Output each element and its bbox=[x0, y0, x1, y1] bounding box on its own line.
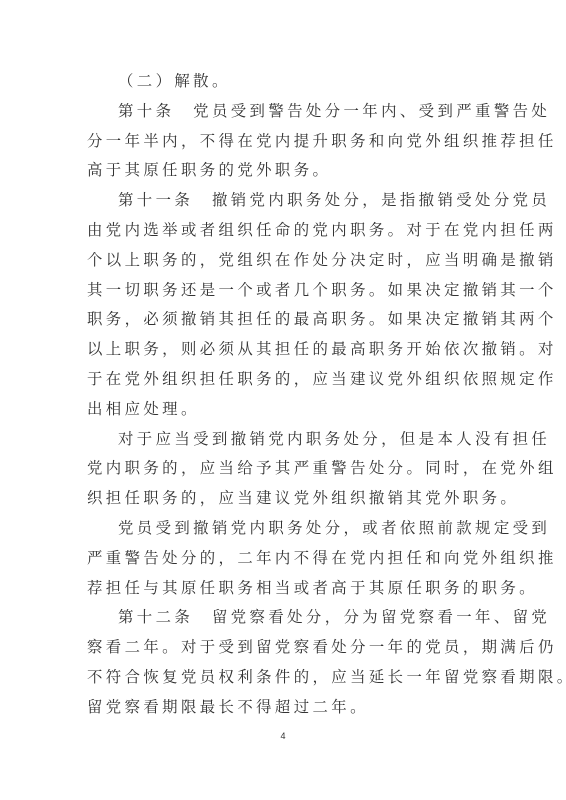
text-line: 以上职务，则必须从其担任的最高职务开始依次撤销。对 bbox=[87, 335, 487, 365]
text-line: 由党内选举或者组织任命的党内职务。对于在党内担任两 bbox=[87, 216, 487, 246]
text-line: 察看二年。对于受到留党察看处分一年的党员，期满后仍 bbox=[87, 633, 487, 663]
text-line: 织担任职务的，应当建议党外组织撤销其党外职务。 bbox=[87, 484, 487, 514]
text-line: 党内职务的，应当给予其严重警告处分。同时，在党外组 bbox=[87, 454, 487, 484]
text-line: 出相应处理。 bbox=[87, 395, 487, 425]
text-line: （二）解散。 bbox=[87, 67, 487, 97]
text-line: 第十二条 留党察看处分，分为留党察看一年、留党 bbox=[87, 603, 487, 633]
text-line: 个以上职务的，党组织在作处分决定时，应当明确是撤销 bbox=[87, 246, 487, 276]
text-line: 第十条 党员受到警告处分一年内、受到严重警告处 bbox=[87, 97, 487, 127]
text-line: 高于其原任职务的党外职务。 bbox=[87, 156, 487, 186]
text-line: 于在党外组织担任职务的，应当建议党外组织依照规定作 bbox=[87, 365, 487, 395]
text-line: 其一切职务还是一个或者几个职务。如果决定撤销其一个 bbox=[87, 276, 487, 306]
document-body: （二）解散。 第十条 党员受到警告处分一年内、受到严重警告处 分一年半内，不得在… bbox=[87, 67, 487, 723]
text-line: 荐担任与其原任职务相当或者高于其原任职务的职务。 bbox=[87, 574, 487, 604]
page-number: 4 bbox=[0, 731, 566, 741]
text-line: 第十一条 撤销党内职务处分，是指撤销受处分党员 bbox=[87, 186, 487, 216]
text-line: 职务，必须撤销其担任的最高职务。如果决定撤销其两个 bbox=[87, 305, 487, 335]
text-line: 不符合恢复党员权利条件的，应当延长一年留党察看期限。 bbox=[87, 663, 487, 693]
document-page: （二）解散。 第十条 党员受到警告处分一年内、受到严重警告处 分一年半内，不得在… bbox=[0, 0, 566, 800]
text-line: 党员受到撤销党内职务处分，或者依照前款规定受到 bbox=[87, 514, 487, 544]
text-line: 严重警告处分的，二年内不得在党内担任和向党外组织推 bbox=[87, 544, 487, 574]
text-line: 对于应当受到撤销党内职务处分，但是本人没有担任 bbox=[87, 425, 487, 455]
text-line: 分一年半内，不得在党内提升职务和向党外组织推荐担任 bbox=[87, 127, 487, 157]
text-line: 留党察看期限最长不得超过二年。 bbox=[87, 693, 487, 723]
